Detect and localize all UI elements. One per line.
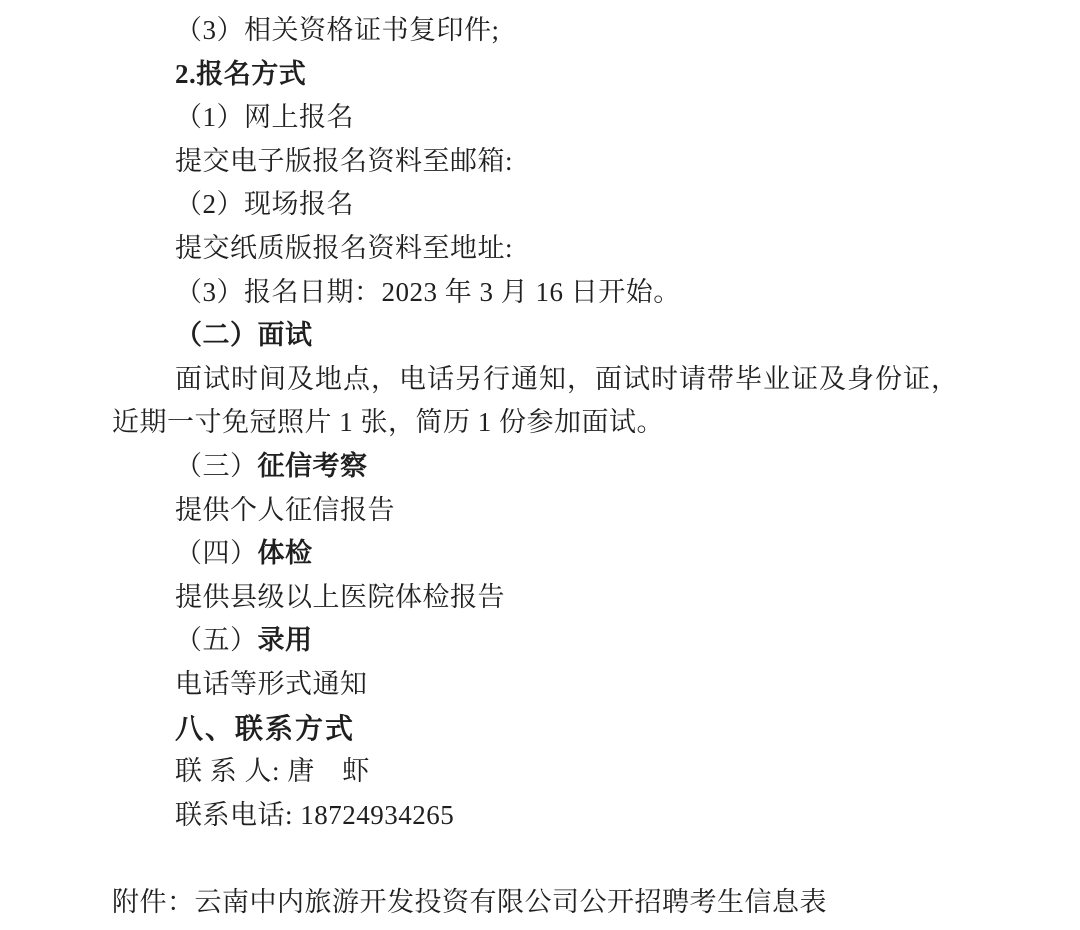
heading-contact-text: 八、联系方式 [175,713,355,744]
text-contact-phone: 联系电话: 18724934265 [112,794,1040,838]
heading-hiring: （五）录用 [112,619,1040,663]
heading-hiring-number: （五） [175,625,258,655]
text-physical-exam-report: 提供县级以上医院体检报告 [112,576,1040,620]
list-item-online-registration: （1）网上报名 [112,96,1040,140]
paragraph-interview-line1: 面试时间及地点，电话另行通知，面试时请带毕业证及身份证， [112,358,1040,402]
list-item-certificate-copies-text: （3）相关资格证书复印件; [175,15,500,45]
paragraph-interview-line1-text: 面试时间及地点，电话另行通知，面试时请带毕业证及身份证， [175,364,959,394]
text-contact-person-text: 联 系 人: 唐 虾 [175,756,370,786]
attachment-note-text: 附件：云南中内旅游开发投资有限公司公开招聘考生信息表 [112,887,827,917]
heading-contact: 八、联系方式 [112,707,1040,751]
heading-physical-exam-text: 体检 [258,538,313,568]
list-item-onsite-registration: （2）现场报名 [112,183,1040,227]
heading-physical-exam: （四）体检 [112,532,1040,576]
heading-credit-check: （三）征信考察 [112,445,1040,489]
text-contact-person: 联 系 人: 唐 虾 [112,750,1040,794]
list-item-online-registration-text: （1）网上报名 [175,102,354,132]
text-hiring-notice: 电话等形式通知 [112,663,1040,707]
paragraph-interview-line2-text: 近期一寸免冠照片 1 张，简历 1 份参加面试。 [112,407,664,437]
text-physical-exam-report-text: 提供县级以上医院体检报告 [175,582,505,612]
list-item-onsite-registration-text: （2）现场报名 [175,189,354,219]
heading-hiring-text: 录用 [258,625,313,655]
list-item-registration-date-text: （3）报名日期：2023 年 3 月 16 日开始。 [175,277,681,307]
heading-interview: （二）面试 [112,314,1040,358]
text-credit-report-text: 提供个人征信报告 [175,495,395,525]
text-credit-report: 提供个人征信报告 [112,489,1040,533]
heading-credit-check-number: （三） [175,451,258,481]
text-hiring-notice-text: 电话等形式通知 [175,669,368,699]
heading-registration-method: 2.报名方式 [112,53,1040,97]
text-address-submission: 提交纸质版报名资料至地址: [112,227,1040,271]
blank-line [112,837,1040,881]
heading-registration-method-text: 2.报名方式 [175,59,306,89]
document-page: （3）相关资格证书复印件; 2.报名方式 （1）网上报名 提交电子版报名资料至邮… [0,0,1080,930]
text-email-submission: 提交电子版报名资料至邮箱: [112,140,1040,184]
attachment-note: 附件：云南中内旅游开发投资有限公司公开招聘考生信息表 [112,881,1040,925]
text-contact-phone-text: 联系电话: 18724934265 [175,800,454,830]
text-email-submission-text: 提交电子版报名资料至邮箱: [175,146,513,176]
list-item-certificate-copies: （3）相关资格证书复印件; [112,9,1040,53]
list-item-registration-date: （3）报名日期：2023 年 3 月 16 日开始。 [112,271,1040,315]
paragraph-interview-line2: 近期一寸免冠照片 1 张，简历 1 份参加面试。 [112,401,1040,445]
text-address-submission-text: 提交纸质版报名资料至地址: [175,233,513,263]
heading-physical-exam-number: （四） [175,538,258,568]
heading-credit-check-text: 征信考察 [258,451,368,481]
heading-interview-text: （二）面试 [175,320,313,350]
